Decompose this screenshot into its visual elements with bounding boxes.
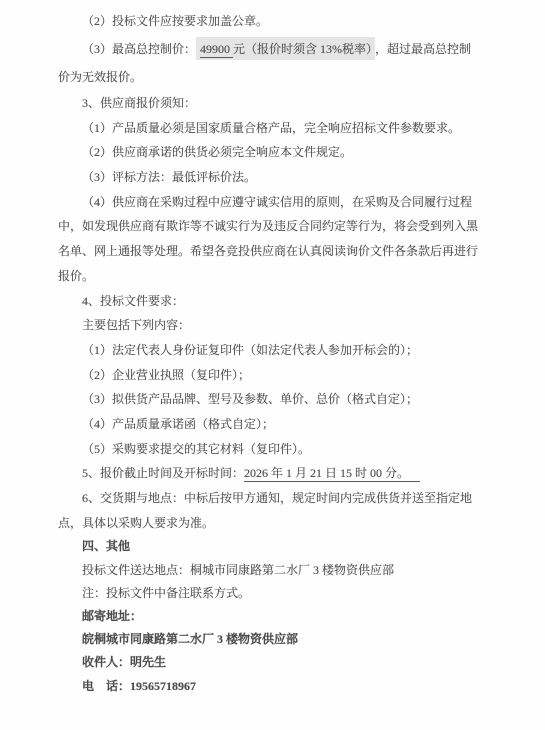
clause-max-control-price: （3）最高总控制价：49900 元（报价时须含 13%税率），超过最高总控制 <box>58 35 487 63</box>
max-price-value: 49900 <box>200 42 233 58</box>
text-main-contents: 主要包括下列内容： <box>58 313 487 338</box>
section-quote-notes: 3、供应商报价须知： （1）产品质量必须是国家质量合格产品，完全响应招标文件参数… <box>58 91 487 535</box>
document-page: （2）投标文件应按要求加盖公章。 （3）最高总控制价：49900 元（报价时须含… <box>0 0 545 730</box>
text-mailing-address: 皖桐城市同康路第二水厂 3 楼物资供应部 <box>58 628 487 651</box>
deadline-datetime: 2026 年 1 月 21 日 15 时 00 分。 <box>244 466 420 482</box>
heading-other: 四、其他 <box>58 535 487 558</box>
item-product-info: （3）拟供货产品品牌、型号及参数、单价、总价（格式自定）； <box>58 387 487 412</box>
note-integrity-line-3: 名单、网上通报等处理。希望各竞投供应商在认真阅读询价文件各条款后再进行 <box>58 239 487 264</box>
text-phone: 电 话：19565718967 <box>58 675 487 698</box>
item-legal-rep-id: （1）法定代表人身份证复印件（如法定代表人参加开标会的）； <box>58 338 487 363</box>
clause-delivery-line-1: 6、交货期与地点：中标后按甲方通知，规定时间内完成供货并送至指定地 <box>58 486 487 511</box>
note-supply-commitment: （2）供应商承诺的供货必须完全响应本文件规定。 <box>58 140 487 165</box>
note-product-quality: （1）产品质量必须是国家质量合格产品，完全响应招标文件参数要求。 <box>58 116 487 141</box>
item-quality-commitment: （4）产品质量承诺函（格式自定）； <box>58 412 487 437</box>
item-other-materials: （5）采购要求提交的其它材料（复印件）。 <box>58 437 487 462</box>
max-price-suffix: ，超过最高总控制 <box>375 42 471 56</box>
max-price-tax-note: 元（报价时须含 13%税率） <box>233 42 372 56</box>
clause-max-price-continuation: 价为无效报价。 <box>58 63 487 91</box>
note-integrity-line-2: 中，如发现供应商有欺诈等不诚实行为及违反合同约定等行为，将会受到列入黑 <box>58 214 487 239</box>
label-mailing-address: 邮寄地址： <box>58 605 487 628</box>
clause-seal-requirement: （2）投标文件应按要求加盖公章。 <box>58 7 487 35</box>
heading-supplier-quote-notes: 3、供应商报价须知： <box>58 91 487 116</box>
text-delivery-address: 投标文件送达地点：桐城市同康路第二水厂 3 楼物资供应部 <box>58 559 487 582</box>
text-recipient: 收件人：明先生 <box>58 651 487 674</box>
note-evaluation-method: （3）评标方法：最低评标价法。 <box>58 165 487 190</box>
deadline-label: 5、报价截止时间及开标时间： <box>82 466 244 480</box>
item-business-license: （2）企业营业执照（复印件）； <box>58 363 487 388</box>
clause-deadline-time: 5、报价截止时间及开标时间：2026 年 1 月 21 日 15 时 00 分。 <box>58 461 487 486</box>
section-price-clauses: （2）投标文件应按要求加盖公章。 （3）最高总控制价：49900 元（报价时须含… <box>58 7 487 91</box>
document-content: （2）投标文件应按要求加盖公章。 （3）最高总控制价：49900 元（报价时须含… <box>0 0 545 698</box>
heading-bid-document-requirements: 4、投标文件要求： <box>58 289 487 314</box>
max-price-highlight: 49900 元（报价时须含 13%税率） <box>196 37 375 60</box>
note-integrity-line-4: 报价。 <box>58 264 487 289</box>
clause-delivery-line-2: 点，具体以采购人要求为准。 <box>58 511 487 536</box>
text-note-contact: 注：投标文件中备注联系方式。 <box>58 582 487 605</box>
max-price-label: （3）最高总控制价： <box>82 42 196 56</box>
section-other: 四、其他 投标文件送达地点：桐城市同康路第二水厂 3 楼物资供应部 注：投标文件… <box>58 535 487 697</box>
note-integrity-line-1: （4）供应商在采购过程中应遵守诚实信用的原则，在采购及合同履行过程 <box>58 190 487 215</box>
